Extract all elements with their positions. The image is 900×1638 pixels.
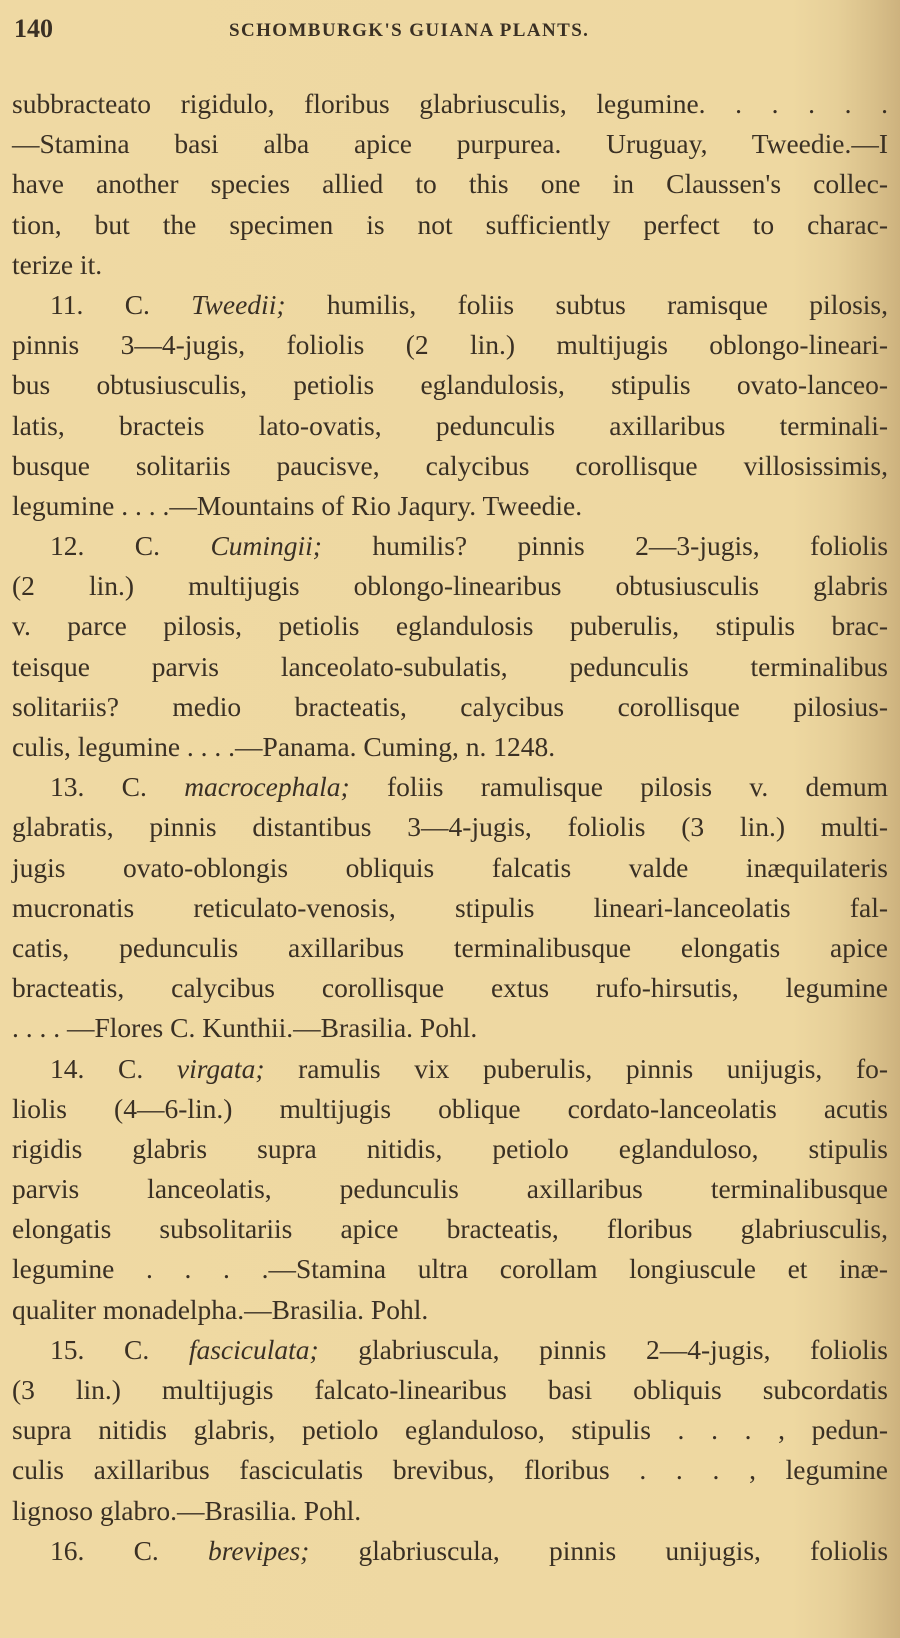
text-line: lignoso glabro.—Brasilia. Pohl. — [12, 1491, 888, 1531]
text-line: pinnis 3—4-jugis, foliolis (2 lin.) mult… — [12, 325, 888, 365]
text-line: teisque parvis lanceolato-subulatis, ped… — [12, 647, 888, 687]
species-number: 15. — [50, 1334, 84, 1365]
species-entry-heading: 16. C. brevipes; glabriuscula, pinnis un… — [12, 1531, 888, 1571]
species-number: 12. — [50, 530, 84, 561]
species-entry-heading: 13. C. macrocephala; foliis ramulisque p… — [12, 767, 888, 807]
text-line: solitariis? medio bracteatis, calycibus … — [12, 687, 888, 727]
text-line: legumine . . . .—Stamina ultra corollam … — [12, 1249, 888, 1289]
species-genus: C. — [135, 530, 160, 561]
species-name: macrocephala; — [184, 771, 349, 802]
species-description: foliis ramulisque pilosis v. demum — [387, 771, 888, 802]
species-name: brevipes; — [208, 1535, 309, 1566]
species-number: 13. — [50, 771, 84, 802]
text-line: elongatis subsolitariis apice bracteatis… — [12, 1209, 888, 1249]
text-line: legumine . . . .—Mountains of Rio Jaqury… — [12, 486, 888, 526]
text-line: bracteatis, calycibus corollisque extus … — [12, 968, 888, 1008]
body-text: subbracteato rigidulo, floribus glabrius… — [12, 84, 888, 1571]
text-line: rigidis glabris supra nitidis, petiolo e… — [12, 1129, 888, 1169]
species-entry-heading: 11. C. Tweedii; humilis, foliis subtus r… — [12, 285, 888, 325]
text-line: subbracteato rigidulo, floribus glabrius… — [12, 84, 888, 124]
text-line: culis, legumine . . . .—Panama. Cuming, … — [12, 727, 888, 767]
species-description: ramulis vix puberulis, pinnis unijugis, … — [298, 1053, 888, 1084]
text-line: v. parce pilosis, petiolis eglandulosis … — [12, 606, 888, 646]
page-header: 140 SCHOMBURGK'S GUIANA PLANTS. — [14, 14, 874, 54]
text-line: tion, but the specimen is not sufficient… — [12, 205, 888, 245]
page-number: 140 — [14, 14, 53, 44]
species-number: 11. — [50, 289, 83, 320]
text-line: latis, bracteis lato-ovatis, pedunculis … — [12, 406, 888, 446]
species-entry-heading: 15. C. fasciculata; glabriuscula, pinnis… — [12, 1330, 888, 1370]
species-description: glabriuscula, pinnis unijugis, foliolis — [359, 1535, 889, 1566]
text-line: terize it. — [12, 245, 888, 285]
species-name: virgata; — [177, 1053, 265, 1084]
book-page: 140 SCHOMBURGK'S GUIANA PLANTS. subbract… — [0, 0, 900, 1638]
species-name: fasciculata; — [189, 1334, 319, 1365]
text-line: supra nitidis glabris, petiolo eglandulo… — [12, 1410, 888, 1450]
species-genus: C. — [125, 289, 150, 320]
text-line: (2 lin.) multijugis oblongo-linearibus o… — [12, 566, 888, 606]
species-number: 14. — [50, 1053, 84, 1084]
species-genus: C. — [124, 1334, 149, 1365]
species-entry-heading: 14. C. virgata; ramulis vix puberulis, p… — [12, 1049, 888, 1089]
text-line: parvis lanceolatis, pedunculis axillarib… — [12, 1169, 888, 1209]
species-genus: C. — [134, 1535, 159, 1566]
species-entry-heading: 12. C. Cumingii; humilis? pinnis 2—3-jug… — [12, 526, 888, 566]
text-line: liolis (4—6-lin.) multijugis oblique cor… — [12, 1089, 888, 1129]
text-line: bus obtusiusculis, petiolis eglandulosis… — [12, 365, 888, 405]
text-line: (3 lin.) multijugis falcato-linearibus b… — [12, 1370, 888, 1410]
text-line: —Stamina basi alba apice purpurea. Urugu… — [12, 124, 888, 164]
text-line: . . . . —Flores C. Kunthii.—Brasilia. Po… — [12, 1008, 888, 1048]
text-line: catis, pedunculis axillaribus terminalib… — [12, 928, 888, 968]
text-line: have another species allied to this one … — [12, 164, 888, 204]
species-description: glabriuscula, pinnis 2—4-jugis, foliolis — [358, 1334, 888, 1365]
text-line: mucronatis reticulato-venosis, stipulis … — [12, 888, 888, 928]
text-line: culis axillaribus fasciculatis brevibus,… — [12, 1450, 888, 1490]
species-description: humilis? pinnis 2—3-jugis, foliolis — [372, 530, 888, 561]
running-title: SCHOMBURGK'S GUIANA PLANTS. — [229, 20, 589, 42]
species-description: humilis, foliis subtus ramisque pilosis, — [327, 289, 888, 320]
species-number: 16. — [50, 1535, 84, 1566]
species-name: Tweedii; — [191, 289, 285, 320]
species-genus: C. — [118, 1053, 143, 1084]
text-line: jugis ovato-oblongis obliquis falcatis v… — [12, 848, 888, 888]
text-line: busque solitariis paucisve, calycibus co… — [12, 446, 888, 486]
species-genus: C. — [122, 771, 147, 802]
text-line: glabratis, pinnis distantibus 3—4-jugis,… — [12, 807, 888, 847]
text-line: qualiter monadelpha.—Brasilia. Pohl. — [12, 1290, 888, 1330]
species-name: Cumingii; — [210, 530, 322, 561]
